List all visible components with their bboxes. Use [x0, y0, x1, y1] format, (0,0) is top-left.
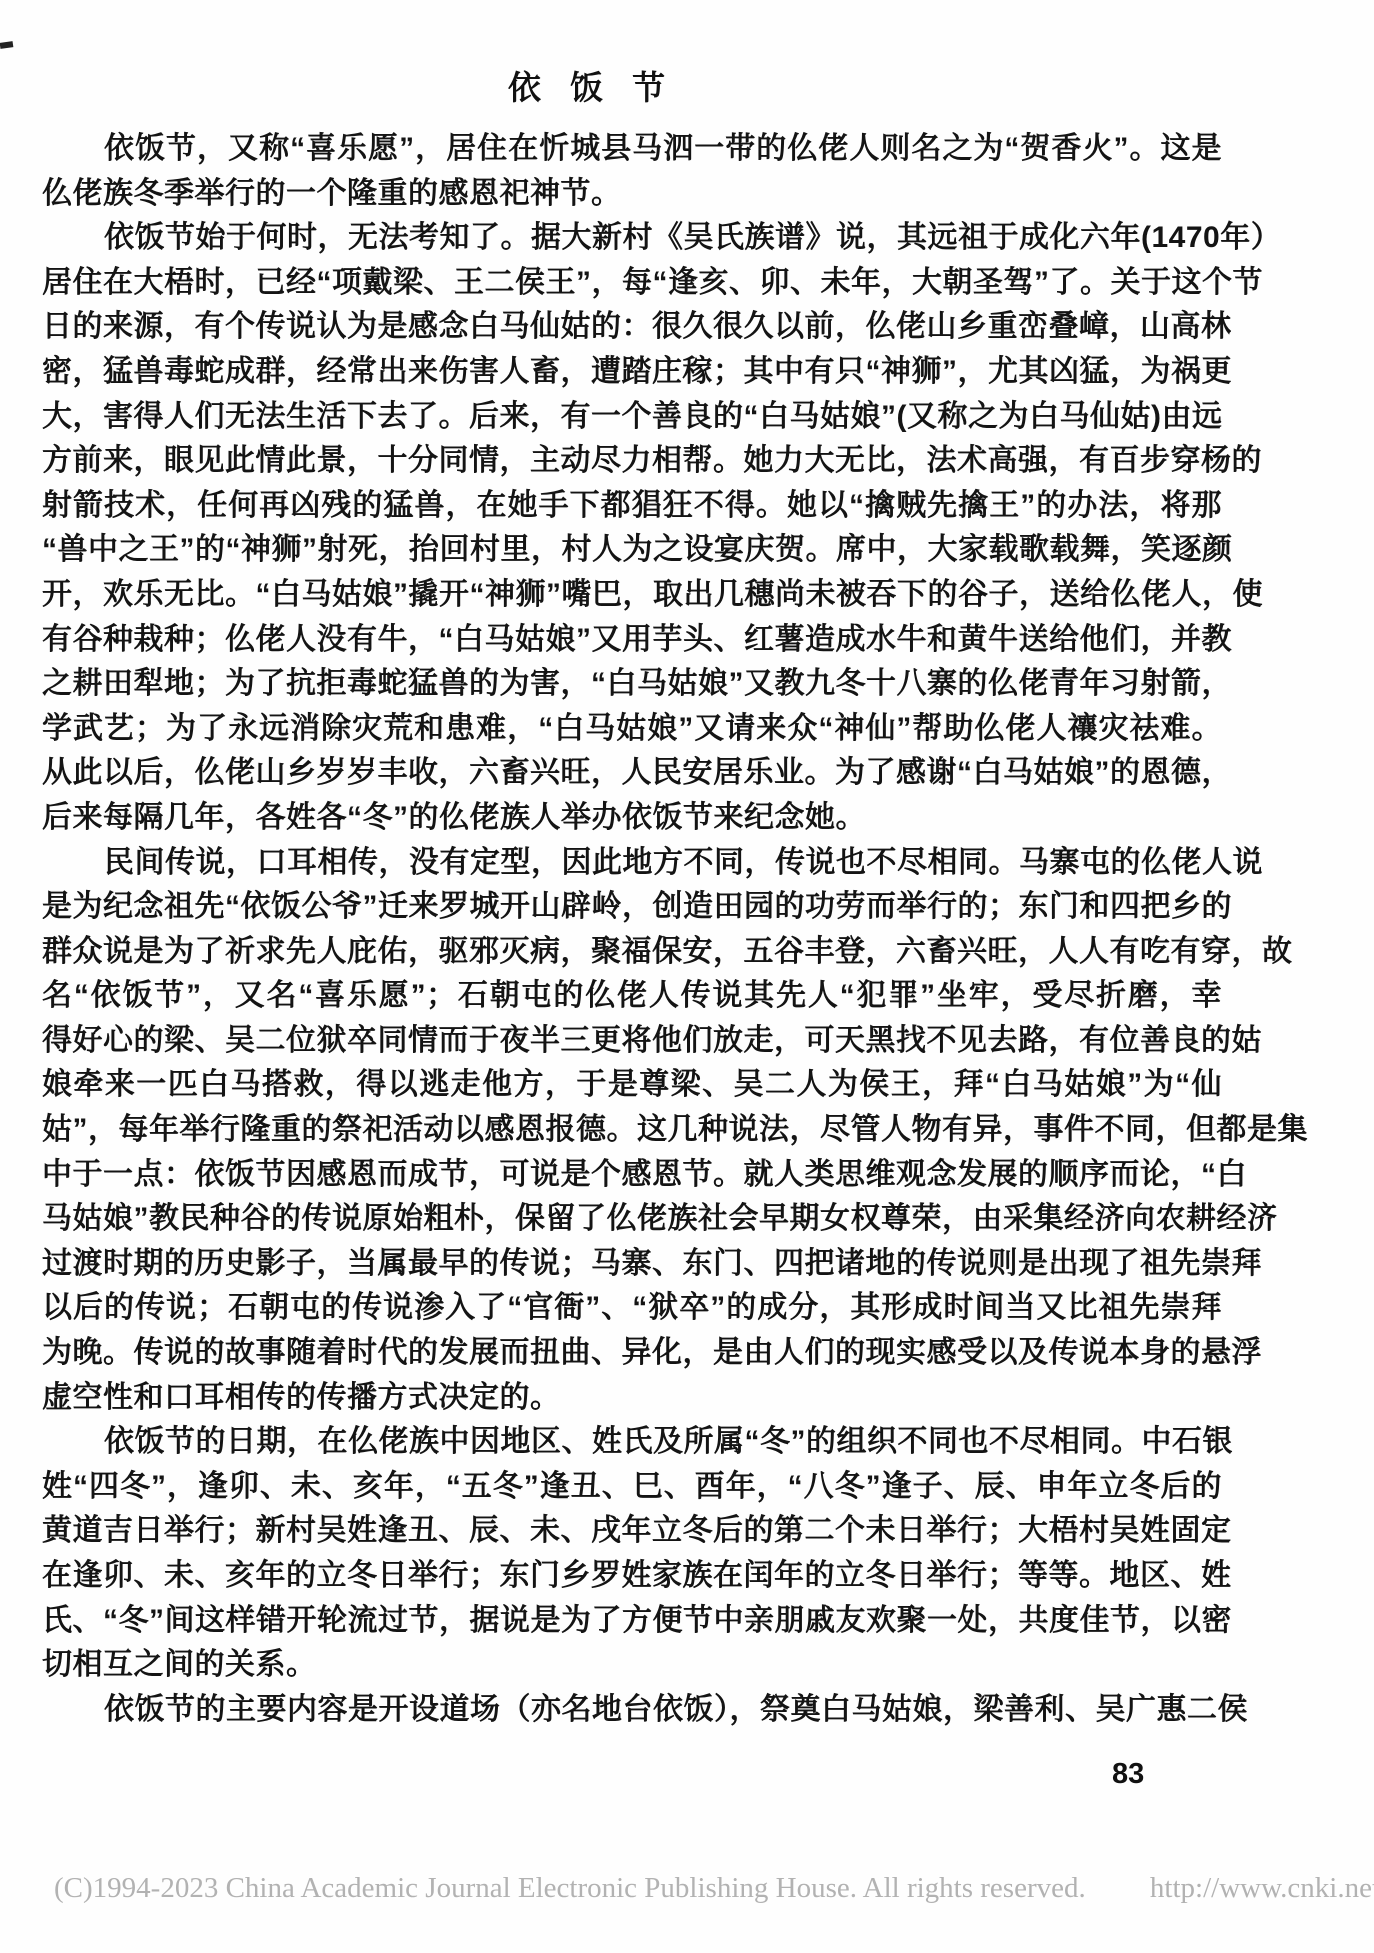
text-line: 居住在大梧时，已经“项戴梁、王二侯王”，每“逢亥、卯、未年，大朝圣驾”了。关于这…: [42, 261, 1222, 306]
footer-copyright: (C)1994-2023 China Academic Journal Elec…: [54, 1872, 1086, 1905]
text-line: 是为纪念祖先“依饭公爷”迁来罗城开山辟岭，创造田园的功劳而举行的；东门和四把乡的: [42, 885, 1222, 930]
text-line: 依饭节始于何时，无法考知了。据大新村《吴氏族谱》说，其远祖于成化六年(1470年…: [42, 216, 1222, 261]
document-page: 依 饭 节 依饭节，又称“喜乐愿”，居住在忻城县马泗一带的仫佬人则名之为“贺香火…: [0, 0, 1374, 1953]
footer-url: http://www.cnki.net: [1150, 1872, 1374, 1905]
text-line: 从此以后，仫佬山乡岁岁丰收，六畜兴旺，人民安居乐业。为了感谢“白马姑娘”的恩德，: [42, 751, 1222, 796]
document-body: 依饭节，又称“喜乐愿”，居住在忻城县马泗一带的仫佬人则名之为“贺香火”。这是 仫…: [42, 127, 1222, 1732]
text-line: 切相互之间的关系。: [42, 1643, 1222, 1688]
text-line: 民间传说，口耳相传，没有定型，因此地方不同，传说也不尽相同。马寨屯的仫佬人说: [42, 841, 1222, 886]
text-line: “兽中之王”的“神狮”射死，抬回村里，村人为之设宴庆贺。席中，大家载歌载舞，笑逐…: [42, 528, 1222, 573]
text-line: 得好心的梁、吴二位狱卒同情而于夜半三更将他们放走，可天黑找不见去路，有位善良的姑: [42, 1019, 1222, 1064]
text-line: 开，欢乐无比。“白马姑娘”撬开“神狮”嘴巴，取出几穗尚未被吞下的谷子，送给仫佬人…: [42, 573, 1222, 618]
text-line: 为晚。传说的故事随着时代的发展而扭曲、异化，是由人们的现实感受以及传说本身的悬浮: [42, 1331, 1222, 1376]
text-line: 依饭节，又称“喜乐愿”，居住在忻城县马泗一带的仫佬人则名之为“贺香火”。这是: [42, 127, 1222, 172]
text-line: 名“依饭节”，又名“喜乐愿”；石朝屯的仫佬人传说其先人“犯罪”坐牢，受尽折磨，幸: [42, 974, 1222, 1019]
text-line: 黄道吉日举行；新村吴姓逢丑、辰、未、戌年立冬后的第二个未日举行；大梧村吴姓固定: [42, 1509, 1222, 1554]
text-line: 大，害得人们无法生活下去了。后来，有一个善良的“白马姑娘”(又称之为白马仙姑)由…: [42, 395, 1222, 440]
text-line: 虚空性和口耳相传的传播方式决定的。: [42, 1376, 1222, 1421]
text-line: 中于一点：依饭节因感恩而成节，可说是个感恩节。就人类思维观念发展的顺序而论，“白: [42, 1153, 1222, 1198]
text-line: 方前来，眼见此情此景，十分同情，主动尽力相帮。她力大无比，法术高强，有百步穿杨的: [42, 439, 1222, 484]
page-number: 83: [1112, 1758, 1144, 1791]
text-line: 姓“四冬”，逢卯、未、亥年，“五冬”逢丑、巳、酉年，“八冬”逢子、辰、申年立冬后…: [42, 1465, 1222, 1510]
text-line: 学武艺；为了永远消除灾荒和患难，“白马姑娘”又请来众“神仙”帮助仫佬人禳灾祛难。: [42, 707, 1222, 752]
text-line: 射箭技术，任何再凶残的猛兽，在她手下都猖狂不得。她以“擒贼先擒王”的办法，将那: [42, 484, 1222, 529]
text-line: 依饭节的主要内容是开设道场（亦名地台依饭），祭奠白马姑娘，梁善利、吴广惠二侯: [42, 1688, 1222, 1733]
text-line: 姑”，每年举行隆重的祭祀活动以感恩报德。这几种说法，尽管人物有异，事件不同，但都…: [42, 1108, 1222, 1153]
text-line: 在逢卯、未、亥年的立冬日举行；东门乡罗姓家族在闰年的立冬日举行；等等。地区、姓: [42, 1554, 1222, 1599]
text-line: 仫佬族冬季举行的一个隆重的感恩祀神节。: [42, 172, 1222, 217]
text-line: 之耕田犁地；为了抗拒毒蛇猛兽的为害，“白马姑娘”又教九冬十八寨的仫佬青年习射箭，: [42, 662, 1222, 707]
text-line: 日的来源，有个传说认为是感念白马仙姑的：很久很久以前，仫佬山乡重峦叠嶂，山高林: [42, 305, 1222, 350]
page-title: 依 饭 节: [0, 62, 1180, 109]
text-line: 有谷种栽种；仫佬人没有牛，“白马姑娘”又用芋头、红薯造成水牛和黄牛送给他们，并教: [42, 618, 1222, 663]
text-line: 以后的传说；石朝屯的传说渗入了“官衙”、“狱卒”的成分，其形成时间当又比祖先崇拜: [42, 1286, 1222, 1331]
text-line: 氏、“冬”间这样错开轮流过节，据说是为了方便节中亲朋戚友欢聚一处，共度佳节，以密: [42, 1599, 1222, 1644]
footer: (C)1994-2023 China Academic Journal Elec…: [54, 1872, 1374, 1905]
text-line: 后来每隔几年，各姓各“冬”的仫佬族人举办依饭节来纪念她。: [42, 796, 1222, 841]
scan-artifact-mark: [0, 41, 13, 49]
text-line: 群众说是为了祈求先人庇佑，驱邪灭病，聚福保安，五谷丰登，六畜兴旺，人人有吃有穿，…: [42, 930, 1222, 975]
text-line: 过渡时期的历史影子，当属最早的传说；马寨、东门、四把诸地的传说则是出现了祖先崇拜: [42, 1242, 1222, 1287]
text-line: 密，猛兽毒蛇成群，经常出来伤害人畜，遭踏庄稼；其中有只“神狮”，尤其凶猛，为祸更: [42, 350, 1222, 395]
text-line: 马姑娘”教民种谷的传说原始粗朴，保留了仫佬族社会早期女权尊荣，由采集经济向农耕经…: [42, 1197, 1222, 1242]
text-line: 娘牵来一匹白马搭救，得以逃走他方，于是尊梁、吴二人为侯王，拜“白马姑娘”为“仙: [42, 1063, 1222, 1108]
text-line: 依饭节的日期，在仫佬族中因地区、姓氏及所属“冬”的组织不同也不尽相同。中石银: [42, 1420, 1222, 1465]
